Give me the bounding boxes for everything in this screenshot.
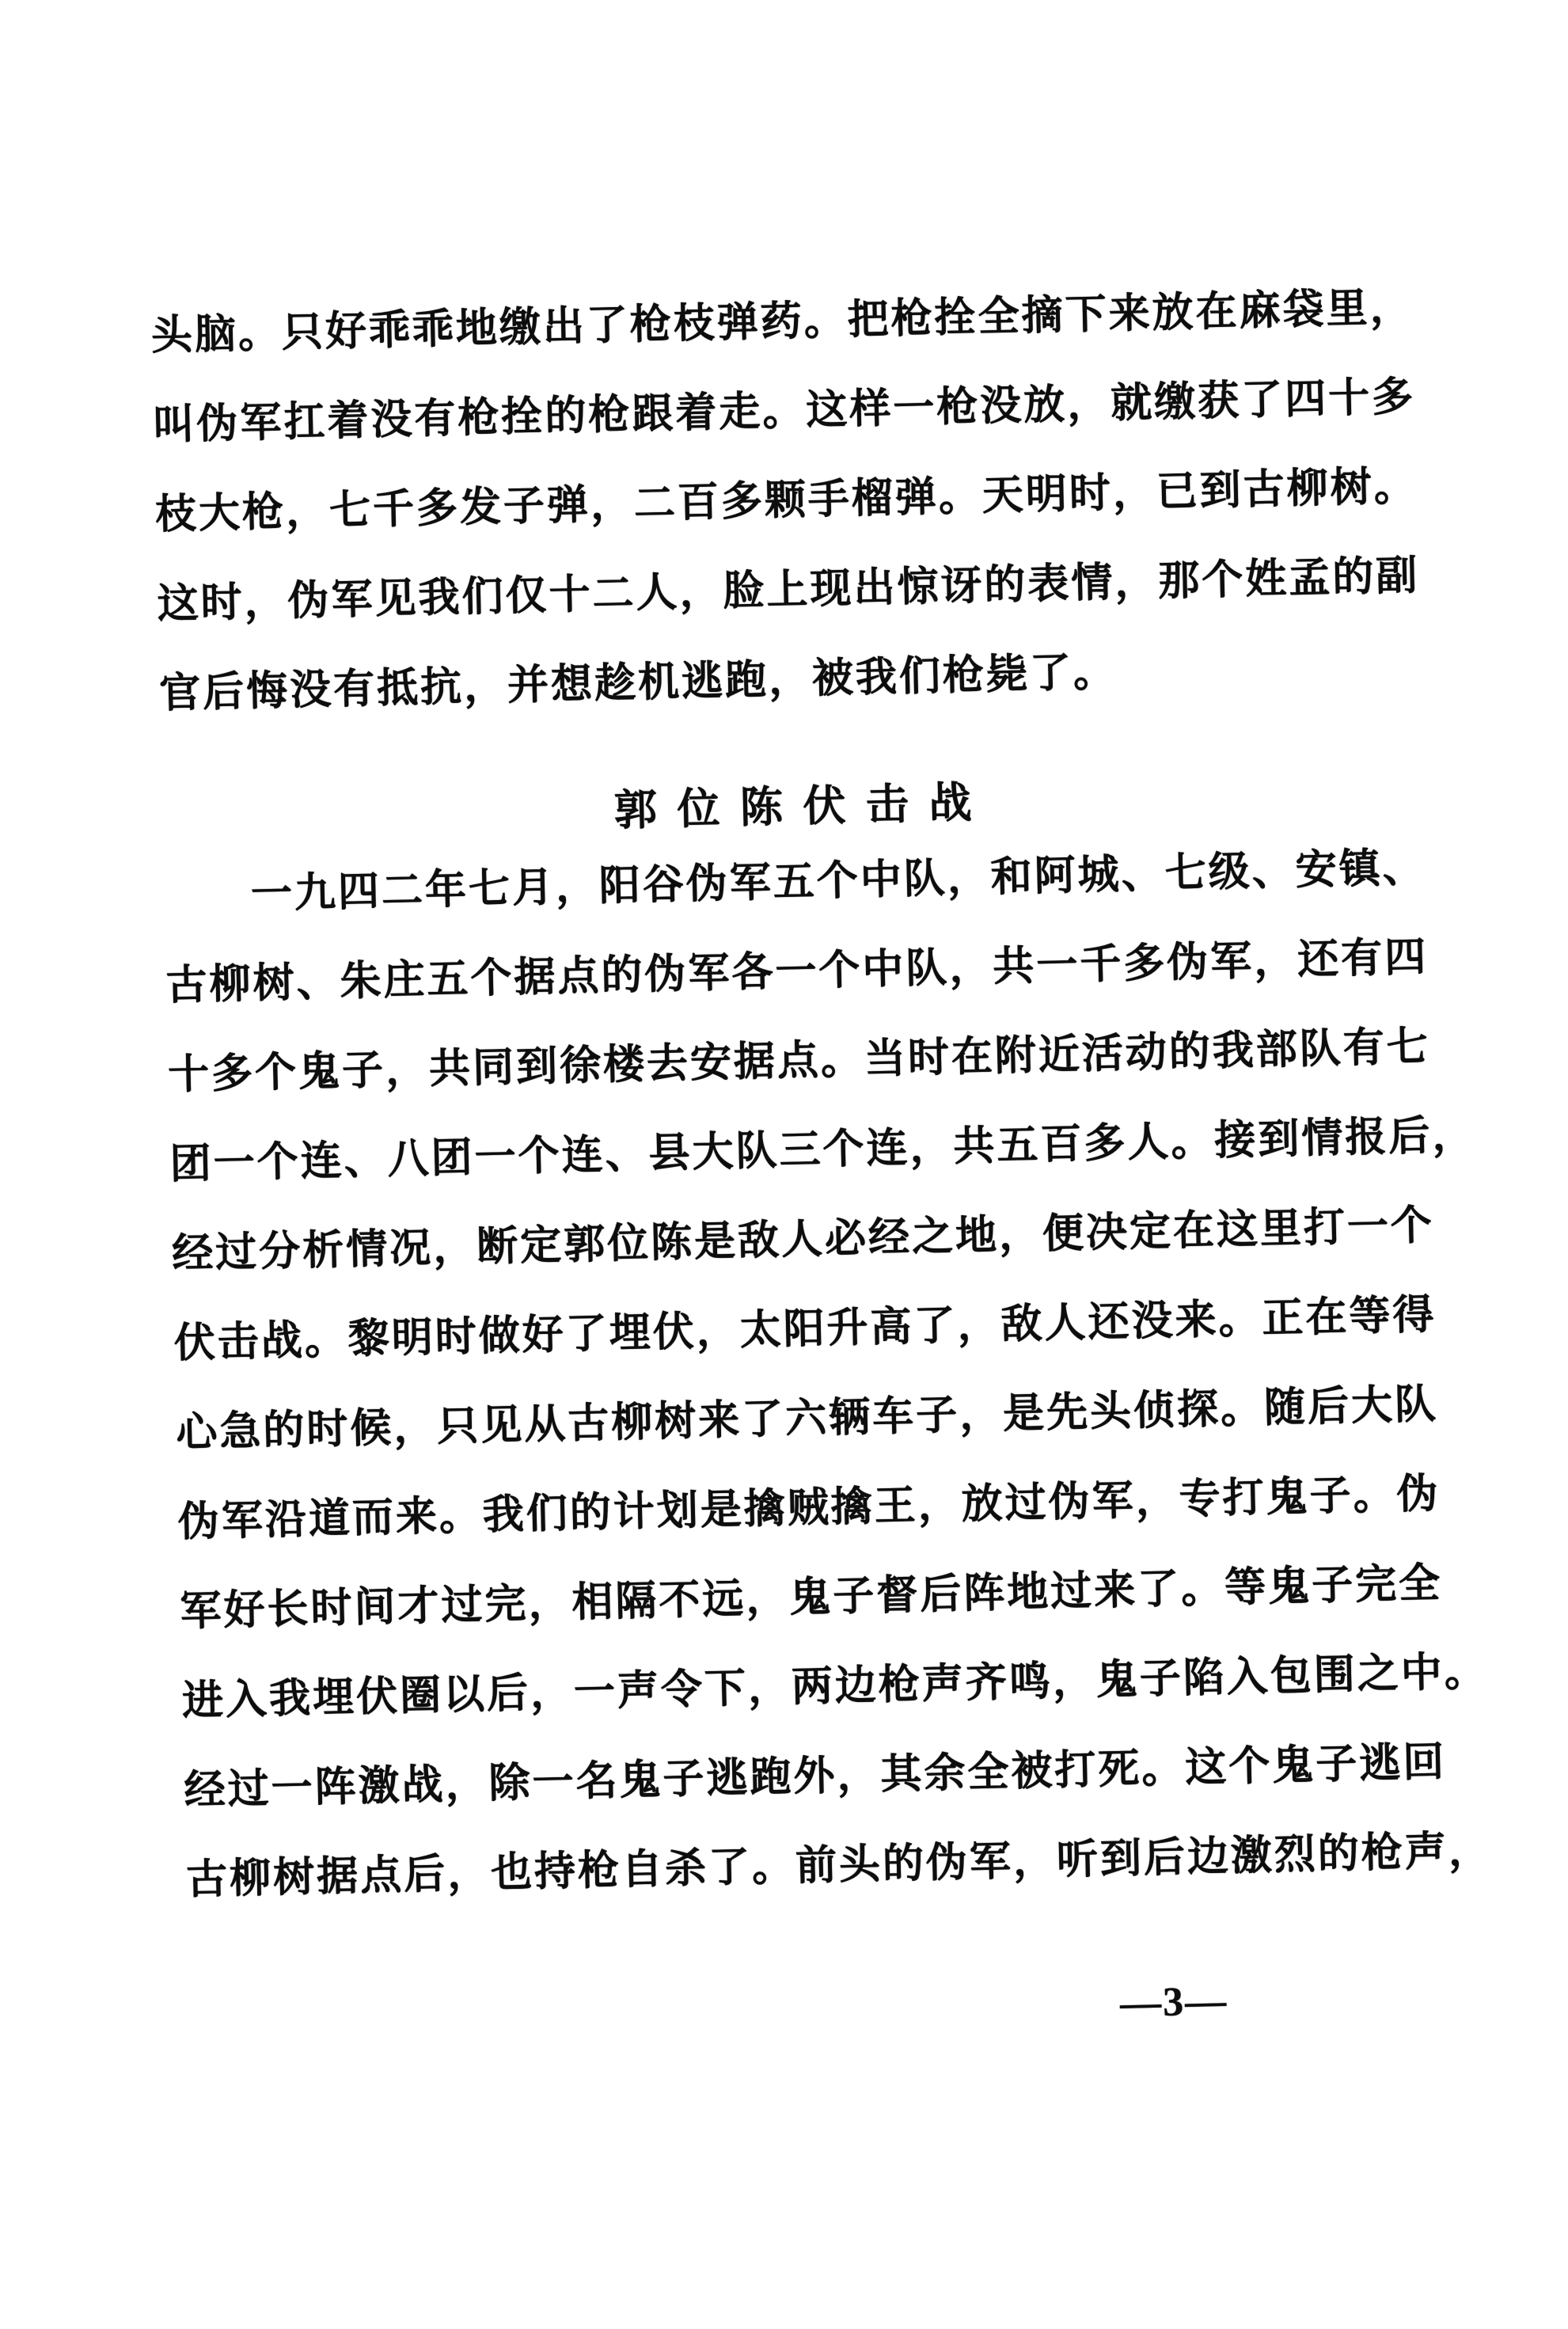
section-paragraph: 一九四二年七月，阳谷伪军五个中队，和阿城、七级、安镇、 古柳树、朱庄五个据点的伪… xyxy=(163,823,1453,1925)
scanned-document-page: 头脑。只好乖乖地缴出了枪枝弹药。把枪拴全摘下来放在麻袋里， 叫伪军扛着没有枪拴的… xyxy=(0,0,1568,2329)
paragraph-continuation: 头脑。只好乖乖地缴出了枪枝弹药。把枪拴全摘下来放在麻袋里， 叫伪军扛着没有枪拴的… xyxy=(150,263,1426,739)
text-block: 头脑。只好乖乖地缴出了枪枝弹药。把枪拴全摘下来放在麻袋里， 叫伪军扛着没有枪拴的… xyxy=(150,263,1457,2069)
page-number: —3— xyxy=(188,1951,1456,2069)
